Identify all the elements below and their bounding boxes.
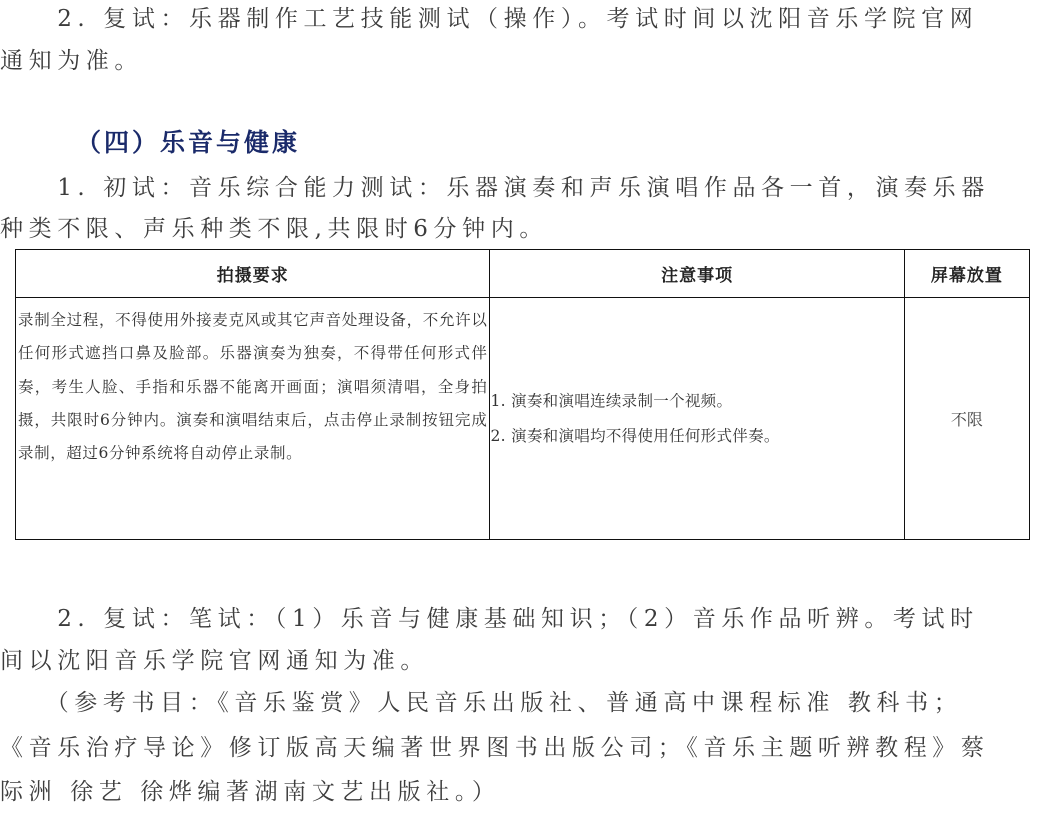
header-screen-placement: 屏幕放置 [904, 250, 1029, 298]
text-line: 1. 初试：音乐综合能力测试：乐器演奏和声乐演唱作品各一首，演奏乐器 [0, 173, 990, 203]
header-notes: 注意事项 [490, 250, 904, 298]
table-row: 录制全过程，不得使用外接麦克风或其它声音处理设备，不允许以任何形式遮挡口鼻及脸部… [16, 298, 1030, 540]
cell-notes: 1. 演奏和演唱连续录制一个视频。 2. 演奏和演唱均不得使用任何形式伴奏。 [490, 298, 904, 540]
text-line: 种类不限、声乐种类不限,共限时6分钟内。 [0, 214, 548, 244]
table-header-row: 拍摄要求 注意事项 屏幕放置 [16, 250, 1030, 298]
text-line: 间以沈阳音乐学院官网通知为准。 [0, 646, 429, 676]
text-line: 2. 复试：乐器制作工艺技能测试（操作）。考试时间以沈阳音乐学院官网 [0, 4, 978, 34]
recording-requirements-table: 拍摄要求 注意事项 屏幕放置 录制全过程，不得使用外接麦克风或其它声音处理设备，… [15, 249, 1030, 540]
text-line: （参考书目：《音乐鉴赏》人民音乐出版社、普通高中课程标准 教科书； [0, 688, 962, 718]
text-line: 《音乐治疗导论》修订版高天编著世界图书出版公司；《音乐主题听辨教程》蔡 [0, 733, 990, 763]
cell-requirements: 录制全过程，不得使用外接麦克风或其它声音处理设备，不允许以任何形式遮挡口鼻及脸部… [16, 298, 490, 540]
text-line: 2. 复试：笔试：（1）乐音与健康基础知识；（2）音乐作品听辨。考试时 [0, 604, 979, 634]
cell-screen-placement: 不限 [904, 298, 1029, 540]
text-line: 通知为准。 [0, 46, 143, 76]
text-line: 际洲 徐艺 徐烨编著湖南文艺出版社。） [0, 777, 501, 807]
note-item: 2. 演奏和演唱均不得使用任何形式伴奏。 [490, 419, 903, 454]
header-recording-requirements: 拍摄要求 [16, 250, 490, 298]
note-item: 1. 演奏和演唱连续录制一个视频。 [490, 384, 903, 419]
section-heading: （四）乐音与健康 [76, 126, 300, 160]
